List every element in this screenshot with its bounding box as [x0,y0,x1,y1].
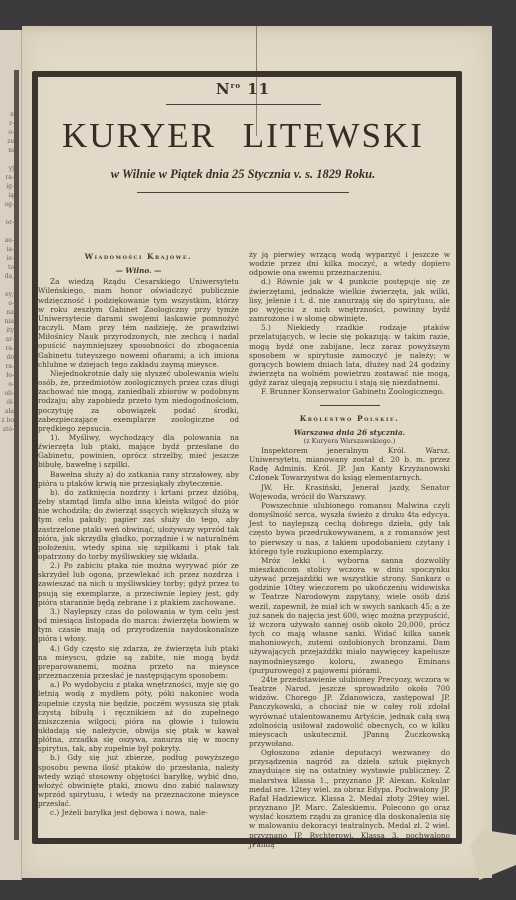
article-columns: Wiadomości Krajowe. — Wilno. — Za wiedzą… [38,250,450,836]
header-rule-bottom [137,192,349,193]
issue-number-value: 11 [247,80,270,98]
paragraph: a.) Po wydobyciu z ptaka wnętrzności, my… [38,680,239,753]
left-column: Wiadomości Krajowe. — Wilno. — Za wiedzą… [38,250,239,836]
paragraph: 5.) Niekiedy rzadkie rodzaje ptaków prze… [249,323,450,387]
paragraph: Ogłoszono zdanie deputacyi wezwaney do p… [249,748,450,849]
right-column: ży ją pierwiey wrzącą wodą wyparzyć i je… [249,250,450,836]
dateline: w Wilnie w Piątek dnia 25 Stycznia v. s.… [36,167,450,182]
previous-page-border [14,70,19,840]
paragraph: Bawełna służy a) do zatkania rany strzał… [38,470,239,488]
paragraph: b). do zatknięcia nozdrzy i krtani przez… [38,488,239,561]
paragraph: 3.) Naylepszy czas do polowania w tym ce… [38,607,239,644]
section-separator [320,405,380,406]
section-title-domestic-news: Wiadomości Krajowe. [38,252,239,261]
paragraph: 1). Myśliwy, wychodzący dla polowania na… [38,433,239,470]
paragraph: Powszechnie ulubionego romansu Malwina c… [249,501,450,556]
paragraph: JW. Hr. Krasiński, Jenerał jazdy, Senato… [249,483,450,501]
signature: F. Brunner Konserwator Gabinetu Zoologic… [249,387,450,396]
previous-page-edge: n r- o- ze m yj ra- ig- ią og- or- ae- i… [0,30,22,880]
paragraph: Za wiedzą Rządu Cesarskiego Uniwersytetu… [38,277,239,369]
paragraph: ży ją pierwiey wrzącą wodą wyparzyć i je… [249,250,450,277]
paragraph: d.) Równie jak w 4 punkcie postępuje się… [249,277,450,323]
paragraph: b.) Gdy się już zbierze, podług powyższe… [38,753,239,808]
previous-page-text-fragment: n r- o- ze m yj ra- ig- ią og- or- ae- i… [0,110,14,434]
issue-number: Nro 11 [36,80,450,98]
paragraph: Inspektorem jeneralnym Król. Warsz. Uniw… [249,446,450,483]
paragraph: Niejednokrotnie dały się słyszeć ubolewa… [38,369,239,433]
source-note: (z Kuryera Warszawskiego.) [249,437,450,446]
newspaper-page: Nro 11 KURYER LITEWSKI w Wilnie w Piątek… [22,26,492,878]
section-title-kingdom-of-poland: Królestwo Polskie. [249,414,450,423]
place-heading-wilno: — Wilno. — [38,266,239,275]
issue-prefix: N [216,80,231,98]
newspaper-title: KURYER LITEWSKI [36,117,450,155]
header-rule-top [166,104,321,105]
issue-superscript: ro [231,81,241,90]
paragraph: Mróz lekki i wyborna sanna dozwoliły mie… [249,556,450,675]
paragraph: c.) Jeżeli baryłka jest dębowa i nowa, n… [38,808,239,817]
paragraph: 24te przedstawienie ulubioney Precyozy, … [249,675,450,748]
page-content: Nro 11 KURYER LITEWSKI w Wilnie w Piątek… [36,76,450,838]
warsaw-dateline: Warszawa dnia 26 stycznia. [249,428,450,437]
paragraph: 2.) Po zabiciu ptaka nie można wyrywać p… [38,561,239,607]
paragraph: 4.) Gdy często się zdarza, że źwierzęta … [38,644,239,681]
masthead-block: Nro 11 KURYER LITEWSKI w Wilnie w Piątek… [36,80,450,193]
